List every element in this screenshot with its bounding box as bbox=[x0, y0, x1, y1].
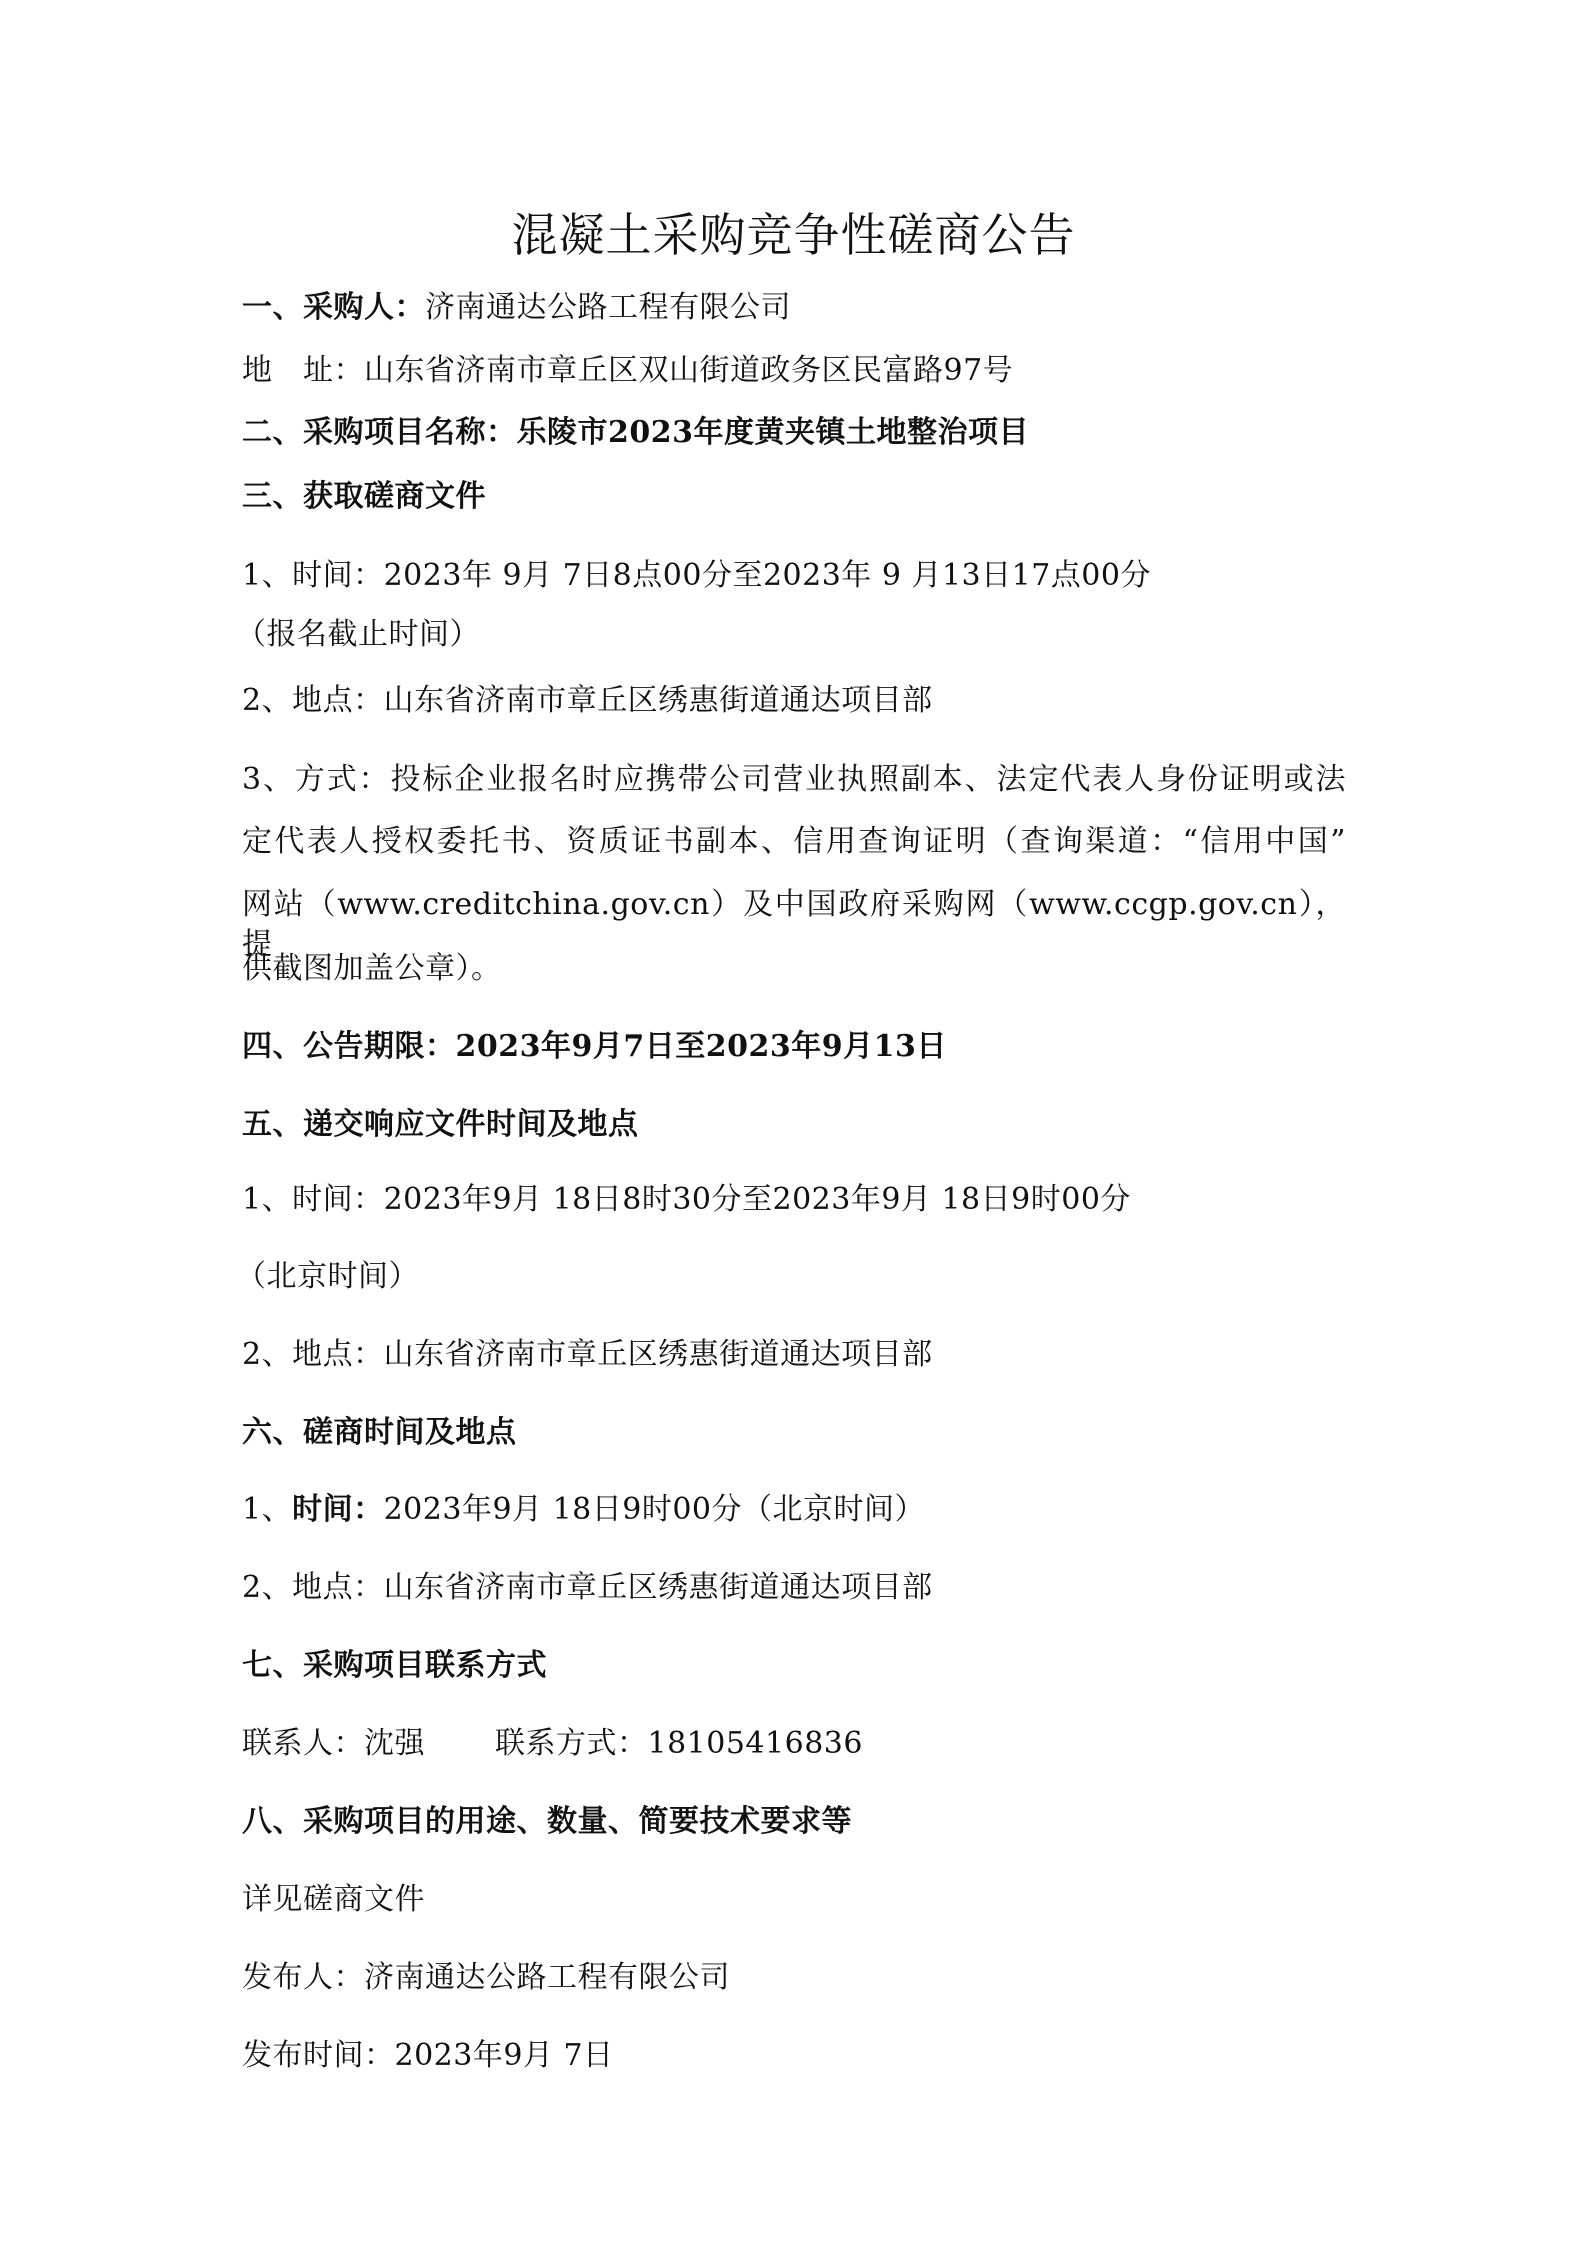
project-name-label: 二、采购项目名称： bbox=[242, 415, 517, 450]
contact-value: 沈强 bbox=[364, 1726, 425, 1761]
section5-time-label: 1、时间： bbox=[242, 1182, 384, 1217]
section3-method-line-1: 3、方式：投标企业报名时应携带公司营业执照副本、法定代表人身份证明或法 bbox=[242, 760, 1346, 800]
section5-place-value: 山东省济南市章丘区绣惠街道通达项目部 bbox=[384, 1337, 933, 1372]
section3-heading: 三、获取磋商文件 bbox=[242, 477, 1346, 517]
section6-place-line: 2、地点：山东省济南市章丘区绣惠街道通达项目部 bbox=[242, 1568, 1346, 1608]
document-title: 混凝土采购竞争性磋商公告 bbox=[0, 206, 1587, 264]
publish-date-label: 发布时间： bbox=[242, 2038, 395, 2073]
project-name-value: 乐陵市2023年度黄夹镇土地整治项目 bbox=[517, 415, 1030, 450]
section3-time-line: 1、时间：2023年 9月 7日8点00分至2023年 9 月13日17点00分 bbox=[242, 556, 1346, 596]
address-line: 地 址：山东省济南市章丘区双山街道政务区民富路97号 bbox=[242, 351, 1346, 391]
contact-label: 联系人： bbox=[242, 1726, 364, 1761]
section8-detail: 详见磋商文件 bbox=[242, 1880, 1346, 1920]
section6-heading: 六、磋商时间及地点 bbox=[242, 1413, 1346, 1453]
section7-heading: 七、采购项目联系方式 bbox=[242, 1646, 1346, 1686]
section5-place-line: 2、地点：山东省济南市章丘区绣惠街道通达项目部 bbox=[242, 1335, 1346, 1375]
section5-heading: 五、递交响应文件时间及地点 bbox=[242, 1105, 1346, 1145]
section3-place-line: 2、地点：山东省济南市章丘区绣惠街道通达项目部 bbox=[242, 681, 1346, 721]
section6-place-value: 山东省济南市章丘区绣惠街道通达项目部 bbox=[384, 1570, 933, 1605]
publish-date-value: 2023年9月 7日 bbox=[395, 2038, 614, 2073]
section5-time-value: 2023年9月 18日8时30分至2023年9月 18日9时00分 bbox=[384, 1182, 1131, 1217]
section8-heading: 八、采购项目的用途、数量、简要技术要求等 bbox=[242, 1802, 1346, 1842]
purchaser-label: 一、采购人： bbox=[242, 290, 425, 325]
project-name-line: 二、采购项目名称：乐陵市2023年度黄夹镇土地整治项目 bbox=[242, 413, 1346, 453]
publisher-value: 济南通达公路工程有限公司 bbox=[364, 1960, 730, 1995]
phone-value: 18105416836 bbox=[648, 1726, 863, 1761]
publisher-line: 发布人：济南通达公路工程有限公司 bbox=[242, 1958, 1346, 1998]
purchaser-line: 一、采购人：济南通达公路工程有限公司 bbox=[242, 288, 1346, 328]
publish-date-line: 发布时间：2023年9月 7日 bbox=[242, 2036, 1346, 2076]
section5-time-note: （北京时间） bbox=[236, 1257, 1340, 1297]
section5-time-line: 1、时间：2023年9月 18日8时30分至2023年9月 18日9时00分 bbox=[242, 1180, 1346, 1220]
publisher-label: 发布人： bbox=[242, 1960, 364, 1995]
section6-time-value: 2023年9月 18日9时00分（北京时间） bbox=[384, 1492, 925, 1527]
section3-method-line-2: 定代表人授权委托书、资质证书副本、信用查询证明（查询渠道：“信用中国” bbox=[242, 822, 1346, 862]
section3-time-value: 2023年 9月 7日8点00分至2023年 9 月13日17点00分 bbox=[384, 558, 1151, 593]
document-page: 混凝土采购竞争性磋商公告 一、采购人：济南通达公路工程有限公司 地 址：山东省济… bbox=[0, 0, 1587, 2245]
section6-time-prefix: 1、 bbox=[242, 1492, 292, 1527]
phone-label: 联系方式： bbox=[495, 1726, 648, 1761]
section3-place-value: 山东省济南市章丘区绣惠街道通达项目部 bbox=[384, 683, 933, 718]
announcement-period-label: 四、公告期限： bbox=[242, 1029, 456, 1064]
section5-place-label: 2、地点： bbox=[242, 1337, 384, 1372]
address-value: 山东省济南市章丘区双山街道政务区民富路97号 bbox=[364, 353, 1013, 388]
section3-time-note: （报名截止时间） bbox=[236, 615, 1340, 655]
section3-place-label: 2、地点： bbox=[242, 683, 384, 718]
purchaser-value: 济南通达公路工程有限公司 bbox=[425, 290, 791, 325]
address-label: 地 址： bbox=[242, 353, 364, 388]
section6-time-label: 时间： bbox=[292, 1492, 384, 1527]
section6-place-label: 2、地点： bbox=[242, 1570, 384, 1605]
announcement-period-line: 四、公告期限：2023年9月7日至2023年9月13日 bbox=[242, 1027, 1346, 1067]
section3-time-label: 1、时间： bbox=[242, 558, 384, 593]
section3-method-line-4: 供截图加盖公章）。 bbox=[242, 949, 1346, 989]
announcement-period-value: 2023年9月7日至2023年9月13日 bbox=[456, 1029, 947, 1064]
contact-line: 联系人：沈强联系方式：18105416836 bbox=[242, 1724, 1346, 1764]
section6-time-line: 1、时间：2023年9月 18日9时00分（北京时间） bbox=[242, 1490, 1346, 1530]
